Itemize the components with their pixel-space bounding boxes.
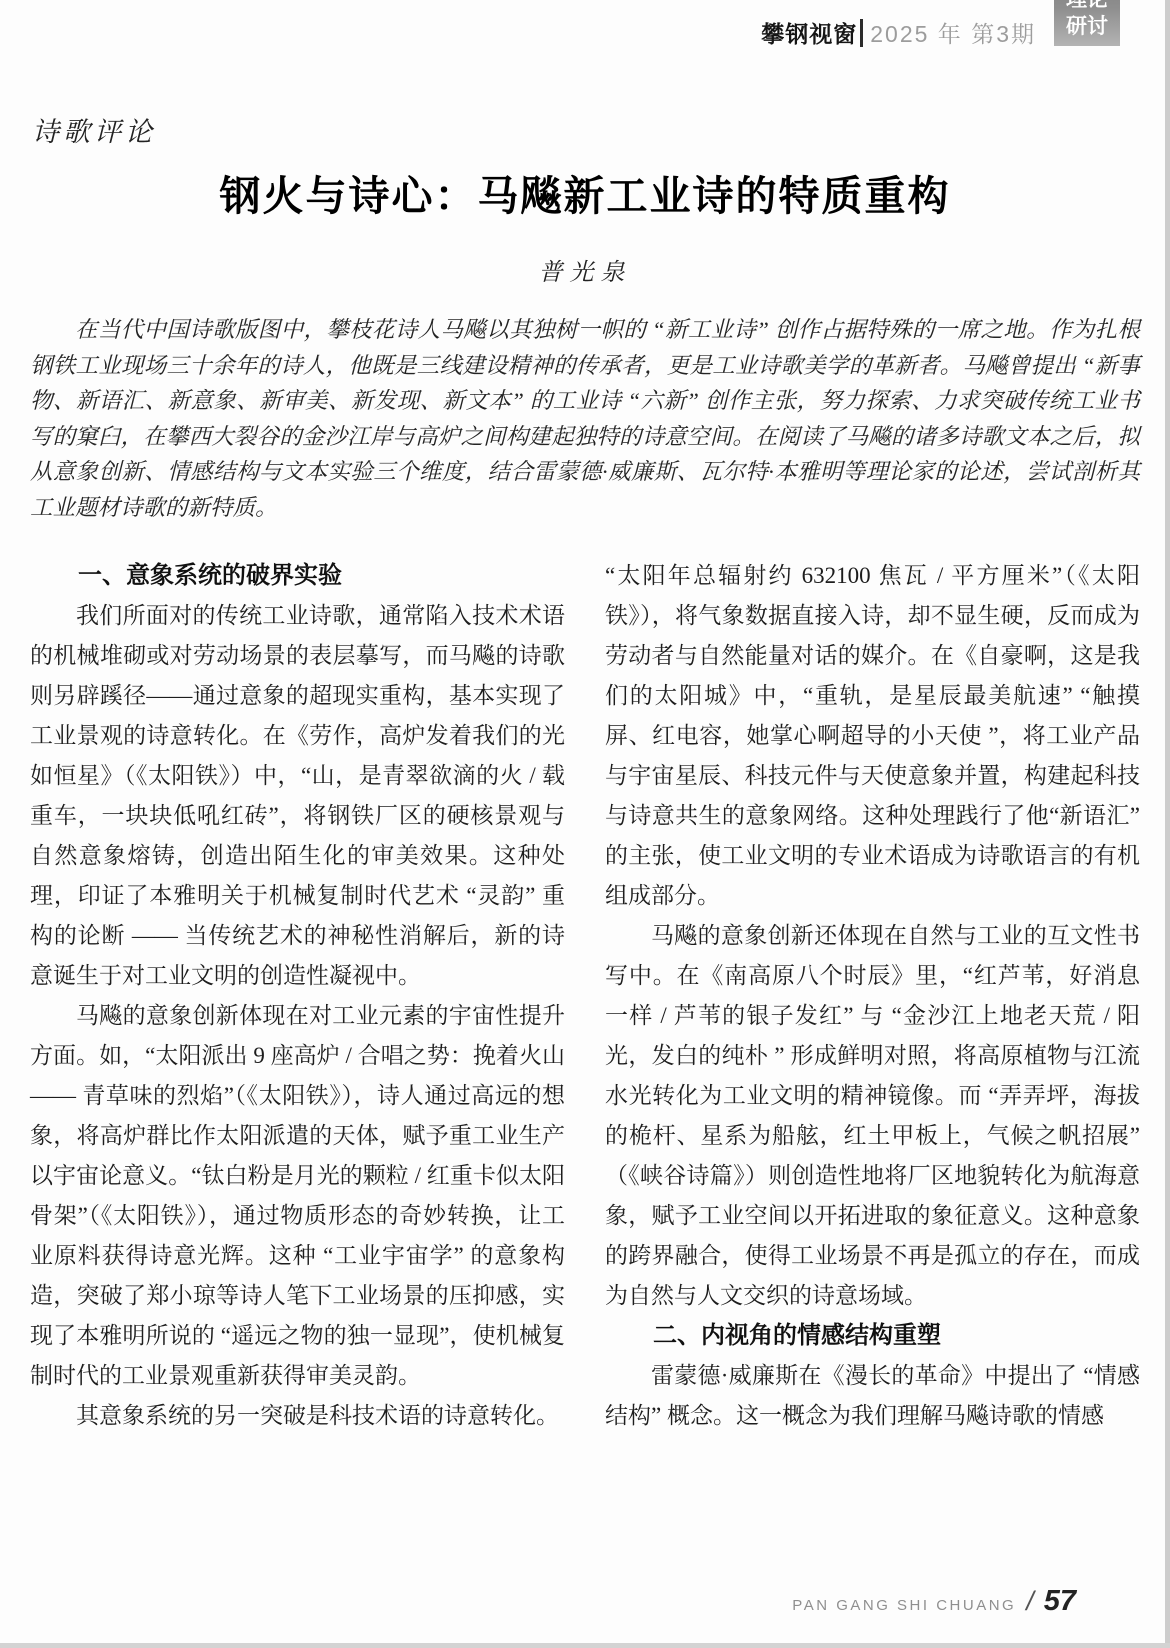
body-paragraph: 马飚的意象创新还体现在自然与工业的互文性书写中。在《南高原八个时辰》里，“红芦苇… xyxy=(605,916,1140,1316)
section-badge: 理论 研讨 xyxy=(1054,0,1120,46)
left-column: 一、意象系统的破界实验 我们所面对的传统工业诗歌，通常陷入技术术语的机械堆砌或对… xyxy=(30,556,565,1436)
body-paragraph: 雷蒙德·威廉斯在《漫长的革命》中提出了 “情感结构” 概念。这一概念为我们理解马… xyxy=(605,1356,1140,1436)
badge-line-1: 理论 xyxy=(1054,0,1120,13)
article-category: 诗歌评论 xyxy=(32,110,156,149)
journal-name: 攀钢视窗 xyxy=(761,16,857,49)
body-paragraph: 其意象系统的另一突破是科技术语的诗意转化。 xyxy=(30,1396,565,1436)
section-heading-1: 一、意象系统的破界实验 xyxy=(30,556,565,596)
header-divider xyxy=(860,19,863,47)
right-column: “太阳年总辐射约 632100 焦瓦 / 平方厘米”（《太阳铁》），将气象数据直… xyxy=(605,556,1140,1436)
body-paragraph: 我们所面对的传统工业诗歌，通常陷入技术术语的机械堆砌或对劳动场景的表层摹写，而马… xyxy=(30,596,565,996)
body-paragraph: “太阳年总辐射约 632100 焦瓦 / 平方厘米”（《太阳铁》），将气象数据直… xyxy=(605,556,1140,916)
article-title: 钢火与诗心：马飚新工业诗的特质重构 xyxy=(0,163,1170,222)
section-heading-2: 二、内视角的情感结构重塑 xyxy=(605,1316,1140,1356)
article-author: 普光泉 xyxy=(0,252,1170,287)
scan-edge-right xyxy=(1165,0,1170,1648)
journal-pinyin: PAN GANG SHI CHUANG xyxy=(792,1597,1016,1614)
article-abstract: 在当代中国诗歌版图中，攀枝花诗人马飚以其独树一帜的 “新工业诗” 创作占据特殊的… xyxy=(30,312,1140,525)
journal-page: 攀钢视窗 2025 年 第3期 理论 研讨 诗歌评论 钢火与诗心：马飚新工业诗的… xyxy=(0,0,1170,1648)
body-columns: 一、意象系统的破界实验 我们所面对的传统工业诗歌，通常陷入技术术语的机械堆砌或对… xyxy=(30,556,1140,1436)
scan-edge-bottom xyxy=(0,1643,1170,1648)
page-header: 攀钢视窗 2025 年 第3期 xyxy=(761,16,1036,49)
footer-separator: / xyxy=(1026,1586,1034,1617)
page-number: 57 xyxy=(1044,1585,1076,1618)
issue-info: 2025 年 第3期 xyxy=(870,16,1036,49)
page-footer: PAN GANG SHI CHUANG / 57 xyxy=(792,1585,1076,1618)
body-paragraph: 马飚的意象创新体现在对工业元素的宇宙性提升方面。如，“太阳派出 9 座高炉 / … xyxy=(30,996,565,1396)
badge-line-2: 研讨 xyxy=(1054,13,1120,40)
